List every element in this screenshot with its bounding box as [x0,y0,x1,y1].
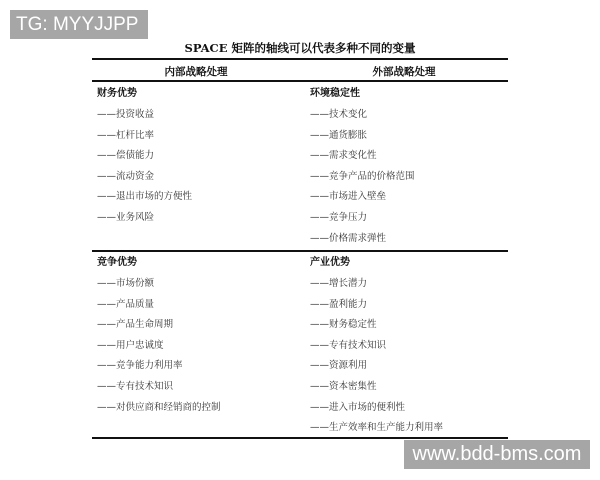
list-item: ——偿债能力 [97,149,297,170]
section-heading: 产业优势 [310,256,510,277]
list-item: ——专有技术知识 [310,339,510,360]
list-item: ——增长潜力 [310,277,510,298]
list-item: ——竞争能力利用率 [97,359,297,380]
list-item: ——资本密集性 [310,380,510,401]
bottom-rule [92,437,508,439]
list-item: ——技术变化 [310,108,510,129]
column-header-internal: 内部战略处理 [92,64,300,79]
list-item: ——进入市场的便利性 [310,401,510,422]
section-environmental: 环境稳定性 ——技术变化 ——通货膨胀 ——需求变化性 ——竞争产品的价格范围 … [310,87,510,252]
list-item: ——投资收益 [97,108,297,129]
section-heading: 财务优势 [97,87,297,108]
list-item: ——市场份额 [97,277,297,298]
column-header-external: 外部战略处理 [300,64,508,79]
list-item: ——产品质量 [97,298,297,319]
list-item: ——专有技术知识 [97,380,297,401]
list-item: ——需求变化性 [310,149,510,170]
section-financial: 财务优势 ——投资收益 ——杠杆比率 ——偿债能力 ——流动资金 ——退出市场的… [97,87,297,232]
list-item: ——资源利用 [310,359,510,380]
table-title: SPACE 矩阵的轴线可以代表多种不同的变量 [92,40,508,56]
list-item: ——通货膨胀 [310,129,510,150]
section-heading: 竞争优势 [97,256,297,277]
list-item: ——用户忠诚度 [97,339,297,360]
top-rule [92,58,508,60]
section-heading: 环境稳定性 [310,87,510,108]
list-item: ——竞争产品的价格范围 [310,170,510,191]
list-item: ——业务风险 [97,211,297,232]
list-item: ——财务稳定性 [310,318,510,339]
section-competitive: 竞争优势 ——市场份额 ——产品质量 ——产品生命周期 ——用户忠诚度 ——竞争… [97,256,297,421]
section-divider-rule [92,250,508,252]
list-item: ——流动资金 [97,170,297,191]
list-item: ——竞争压力 [310,211,510,232]
header-rule [92,80,508,82]
watermark-top-left: TG: MYYJJPP [10,10,148,39]
list-item: ——杠杆比率 [97,129,297,150]
list-item: ——市场进入壁垒 [310,190,510,211]
section-industry: 产业优势 ——增长潜力 ——盈利能力 ——财务稳定性 ——专有技术知识 ——资源… [310,256,510,442]
list-item: ——退出市场的方便性 [97,190,297,211]
list-item: ——对供应商和经销商的控制 [97,401,297,422]
list-item: ——盈利能力 [310,298,510,319]
watermark-bottom-right: www.bdd-bms.com [404,440,590,469]
list-item: ——产品生命周期 [97,318,297,339]
